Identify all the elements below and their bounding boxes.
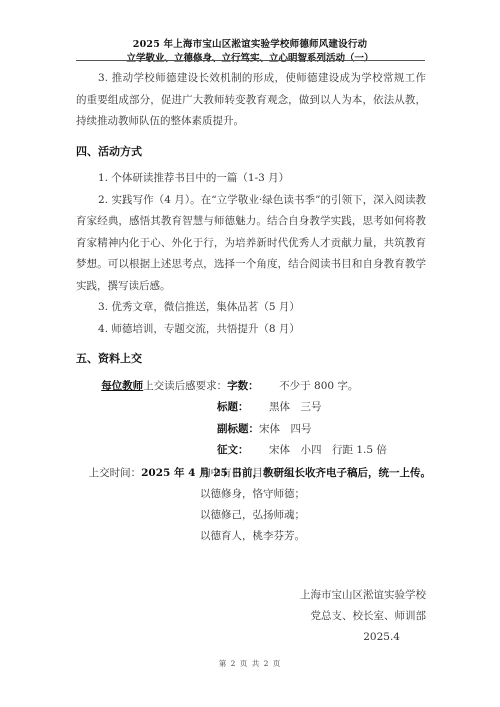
requirement-value: 不少于 800 字。 (279, 380, 358, 392)
activity-item-2: 2. 实践写作（4 月）。在“立学敬业·绿色读书季”的引领下，深入阅读教育家经典… (76, 190, 426, 298)
signature-school: 上海市宝山区淞谊实验学校 (300, 585, 426, 606)
poem-line: 以德修己，弘扬师魂； (200, 505, 305, 526)
activity-item-4: 4. 师德培训，专题交流，共悟提升（8 月） (76, 319, 426, 341)
requirement-subject: 每位教师 (101, 380, 143, 392)
document-body: 3. 推动学校师德建设长效机制的形成，使师德建设成为学校常规工作的重要组成部分，… (76, 68, 426, 484)
header-title-line2: 立学敬业、立德修身、立行笃实、立心明智系列活动（一） (75, 52, 425, 66)
intro-paragraph: 3. 推动学校师德建设长效机制的形成，使师德建设成为学校常规工作的重要组成部分，… (76, 68, 426, 133)
section-heading-submission: 五、资料上交 (76, 348, 426, 370)
signature-departments: 党总支、校长室、师训部 (300, 606, 426, 627)
activity-item-1: 1. 个体研读推荐书目中的一篇（1-3 月） (76, 168, 426, 190)
requirement-value: 宋体 四号 (259, 423, 312, 435)
requirement-label: 标题： (217, 397, 259, 419)
requirement-label: 字数： (227, 376, 269, 398)
requirement-row-essay: 征文：宋体 小四 行距 1.5 倍 (76, 440, 426, 462)
requirement-intro: 上交读后感要求： (143, 380, 227, 392)
activity-item-3: 3. 优秀文章，微信推送，集体品茗（5 月） (76, 297, 426, 319)
requirement-row-wordcount: 每位教师上交读后感要求：字数：不少于 800 字。 (76, 376, 426, 398)
poem-line: 胸中有书，目中有人； (200, 463, 305, 484)
requirement-value: 黑体 三号 (269, 401, 322, 413)
poem-line: 以德育人，桃李芬芳。 (200, 526, 305, 547)
motto-poem: 胸中有书，目中有人； 以德修身，恪守师德； 以德修己，弘扬师魂； 以德育人，桃李… (200, 463, 305, 547)
deadline-label: 上交时间： (89, 467, 142, 479)
requirement-row-subtitle: 副标题：宋体 四号 (76, 419, 426, 441)
poem-line: 以德修身，恪守师德； (200, 484, 305, 505)
signature-date: 2025.4 (300, 627, 426, 648)
signature-block: 上海市宝山区淞谊实验学校 党总支、校长室、师训部 2025.4 (300, 585, 426, 648)
requirement-value: 宋体 小四 行距 1.5 倍 (269, 444, 387, 456)
requirement-label: 征文： (217, 440, 259, 462)
requirement-label: 副标题： (217, 419, 259, 441)
header-divider (76, 60, 425, 61)
requirement-row-title: 标题：黑体 三号 (76, 397, 426, 419)
header-title-line1: 2025 年上海市宝山区淞谊实验学校师德师风建设行动 (75, 38, 425, 52)
section-heading-activity-methods: 四、活动方式 (76, 141, 426, 163)
document-page: 2025 年上海市宝山区淞谊实验学校师德师风建设行动 立学敬业、立德修身、立行笃… (0, 0, 500, 707)
page-footer: 第 2 页 共 2 页 (0, 658, 500, 669)
page-header: 2025 年上海市宝山区淞谊实验学校师德师风建设行动 立学敬业、立德修身、立行笃… (75, 38, 425, 66)
